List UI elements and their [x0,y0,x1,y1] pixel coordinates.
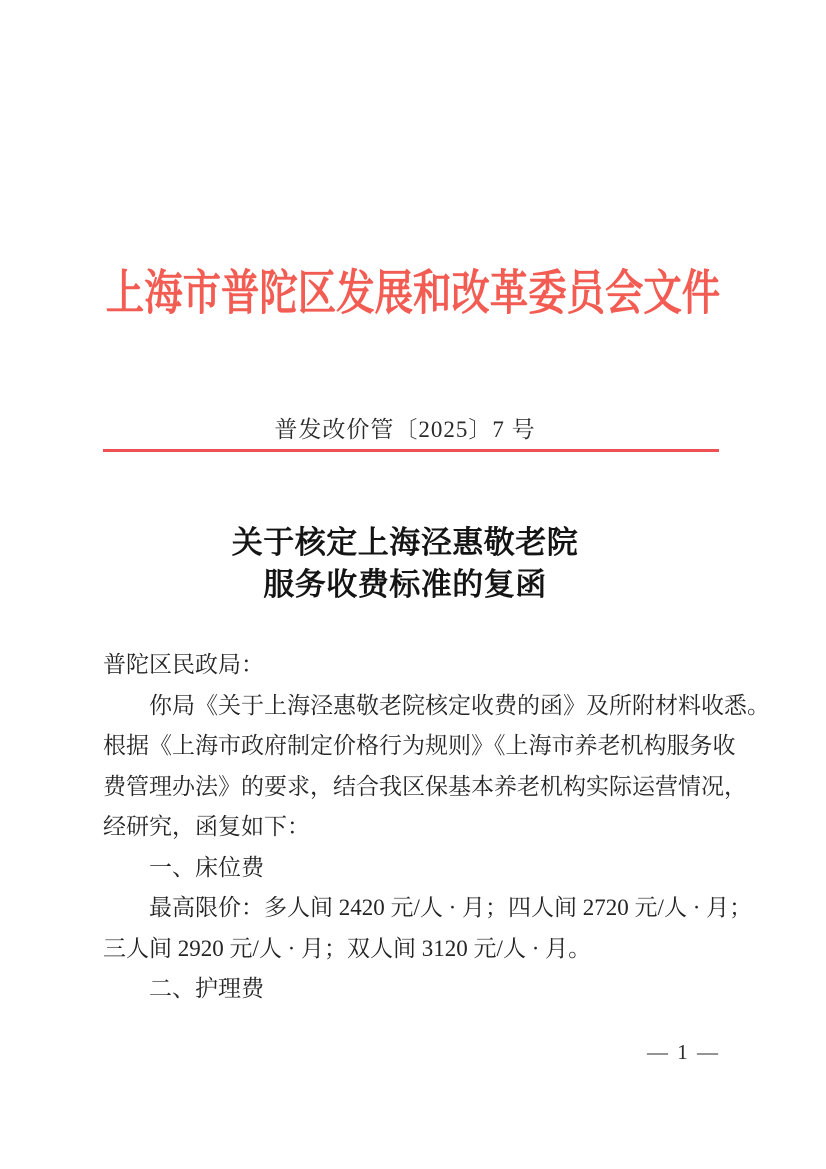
body-line-section-1-heading: 一、床位费 [103,848,727,889]
document-title-line-2: 服务收费标准的复函 [0,564,810,606]
body-line: 最高限价：多人间 2420 元/人 · 月；四人间 2720 元/人 · 月； [103,888,727,929]
page-number: — 1 — [0,1040,720,1065]
body-line-recipient: 普陀区民政局： [103,645,727,686]
body-line-section-2-heading: 二、护理费 [103,969,727,1010]
body-line: 三人间 2920 元/人 · 月；双人间 3120 元/人 · 月。 [103,929,727,970]
body-line: 根据《上海市政府制定价格行为规则》《上海市养老机构服务收 [103,726,727,767]
document-title-line-1: 关于核定上海泾惠敬老院 [0,522,810,564]
document-page: 上海市普陀区发展和改革委员会文件 普发改价管〔2025〕7 号 关于核定上海泾惠… [0,0,826,1169]
body-line: 经研究，函复如下： [103,807,727,848]
red-divider-line [103,449,719,452]
document-body: 普陀区民政局： 你局《关于上海泾惠敬老院核定收费的函》及所附材料收悉。 根据《上… [103,645,727,1010]
document-title: 关于核定上海泾惠敬老院 服务收费标准的复函 [0,522,810,606]
document-reference-number: 普发改价管〔2025〕7 号 [0,411,810,444]
body-line: 你局《关于上海泾惠敬老院核定收费的函》及所附材料收悉。 [103,686,727,727]
agency-letterhead-title: 上海市普陀区发展和改革委员会文件 [83,254,744,323]
body-line: 费管理办法》的要求，结合我区保基本养老机构实际运营情况， [103,767,727,808]
